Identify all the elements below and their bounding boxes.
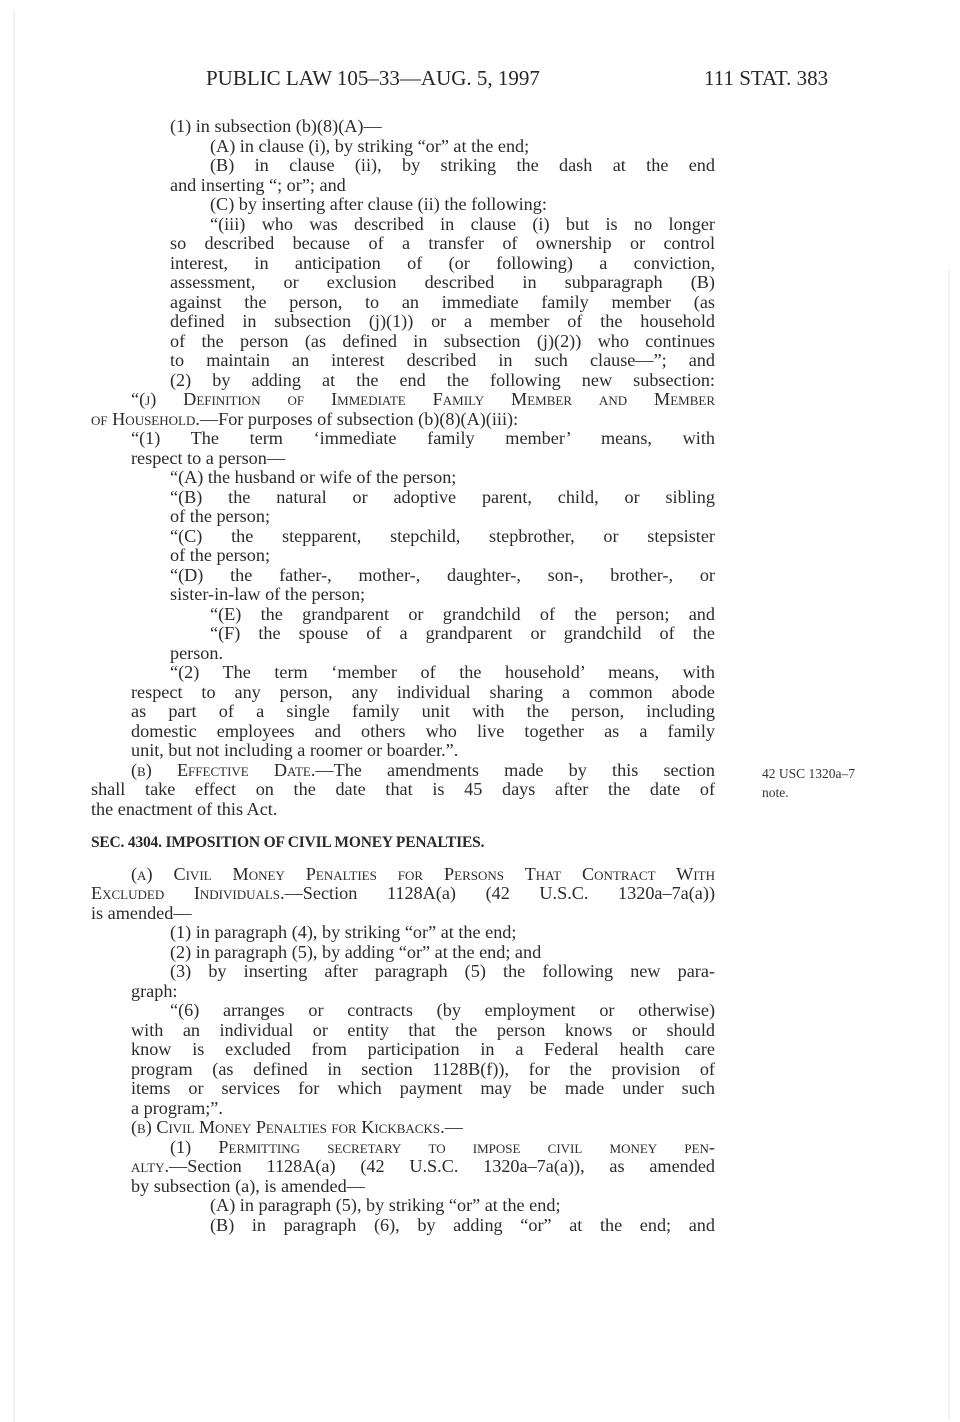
text-line: by subsection (a), is amended—: [131, 1177, 365, 1197]
text-line: items or services for which payment may …: [131, 1079, 715, 1099]
text-line: and inserting “; or”; and: [170, 176, 346, 196]
text-line: know is excluded from participation in a…: [131, 1040, 715, 1060]
text-line: (2) by adding at the end the following n…: [170, 371, 715, 391]
text-line: shall take effect on the date that is 45…: [91, 780, 715, 800]
text-line: to maintain an interest described in suc…: [170, 351, 715, 371]
text-line: of the person (as defined in subsection …: [170, 332, 715, 352]
text-line: (1) in subsection (b)(8)(A)—: [170, 117, 382, 137]
statute-page-number: 111 STAT. 383: [704, 66, 828, 91]
text-line: “(2) The term ‘member of the household’ …: [170, 663, 715, 683]
text-line: “(C) the stepparent, stepchild, stepbrot…: [170, 527, 715, 547]
text-line: graph:: [131, 982, 177, 1002]
text-line: alty.—Section 1128A(a) (42 U.S.C. 1320a–…: [131, 1157, 715, 1177]
margin-note-suffix: note.: [762, 783, 855, 802]
text-line: of the person;: [170, 546, 270, 566]
margin-note-citation: 42 USC 1320a–7: [762, 764, 855, 783]
text-line: (A) in clause (i), by striking “or” at t…: [210, 137, 529, 157]
running-head-title: PUBLIC LAW 105–33—AUG. 5, 1997: [206, 66, 540, 91]
text-line: sister-in-law of the person;: [170, 585, 365, 605]
text-line: unit, but not including a roomer or boar…: [131, 741, 458, 761]
text-line: (3) by inserting after paragraph (5) the…: [170, 962, 715, 982]
text-line: “(E) the grandparent or grandchild of th…: [210, 605, 715, 625]
text-line: (1) in paragraph (4), by striking “or” a…: [170, 923, 516, 943]
text-line: “(A) the husband or wife of the person;: [170, 468, 456, 488]
text-line: “(B) the natural or adoptive parent, chi…: [170, 488, 715, 508]
text-line: is amended—: [91, 904, 192, 924]
text-line: “(1) The term ‘immediate family member’ …: [131, 429, 715, 449]
text-line: “(F) the spouse of a grandparent or gran…: [210, 624, 715, 644]
text-line: “(j) Definition of Immediate Family Memb…: [131, 390, 715, 410]
page-header: PUBLIC LAW 105–33—AUG. 5, 1997 111 STAT.…: [0, 66, 960, 96]
text-line: of Household.—For purposes of subsection…: [91, 410, 518, 430]
text-line: program (as defined in section 1128B(f))…: [131, 1060, 715, 1080]
text-line: against the person, to an immediate fami…: [170, 293, 715, 313]
text-line: as part of a single family unit with the…: [131, 702, 715, 722]
text-line: respect to a person—: [131, 449, 285, 469]
text-line: Excluded Individuals.—Section 1128A(a) (…: [91, 884, 715, 904]
text-line: (2) in paragraph (5), by adding “or” at …: [170, 943, 541, 963]
scan-edge-left: [13, 10, 15, 1422]
text-line: (B) in clause (ii), by striking the dash…: [210, 156, 715, 176]
text-line: of the person;: [170, 507, 270, 527]
text-line: (a) Civil Money Penalties for Persons Th…: [131, 865, 715, 885]
text-line: “(6) arranges or contracts (by employmen…: [170, 1001, 715, 1021]
text-line: “(D) the father-, mother-, daughter-, so…: [170, 566, 715, 586]
scan-edge-right: [948, 270, 950, 1420]
text-line: domestic employees and others who live t…: [131, 722, 715, 742]
text-line: assessment, or exclusion described in su…: [170, 273, 715, 293]
text-line: person.: [170, 644, 223, 664]
text-line: respect to any person, any individual sh…: [131, 683, 715, 703]
margin-note: 42 USC 1320a–7 note.: [762, 764, 855, 802]
text-line: with an individual or entity that the pe…: [131, 1021, 715, 1041]
text-line: a program;”.: [131, 1099, 223, 1119]
text-line: the enactment of this Act.: [91, 800, 277, 820]
text-line: (C) by inserting after clause (ii) the f…: [210, 195, 547, 215]
text-line: interest, in anticipation of (or followi…: [170, 254, 715, 274]
section-heading: SEC. 4304. IMPOSITION OF CIVIL MONEY PEN…: [91, 834, 484, 854]
text-line: (1) Permitting secretary to impose civil…: [170, 1138, 715, 1158]
text-line: so described because of a transfer of ow…: [170, 234, 715, 254]
text-line: “(iii) who was described in clause (i) b…: [210, 215, 715, 235]
text-line: (b) Effective Date.—The amendments made …: [131, 761, 715, 781]
text-line: (B) in paragraph (6), by adding “or” at …: [210, 1216, 715, 1236]
text-line: (A) in paragraph (5), by striking “or” a…: [210, 1196, 561, 1216]
text-line: (b) Civil Money Penalties for Kickbacks.…: [131, 1118, 463, 1138]
text-line: defined in subsection (j)(1)) or a membe…: [170, 312, 715, 332]
